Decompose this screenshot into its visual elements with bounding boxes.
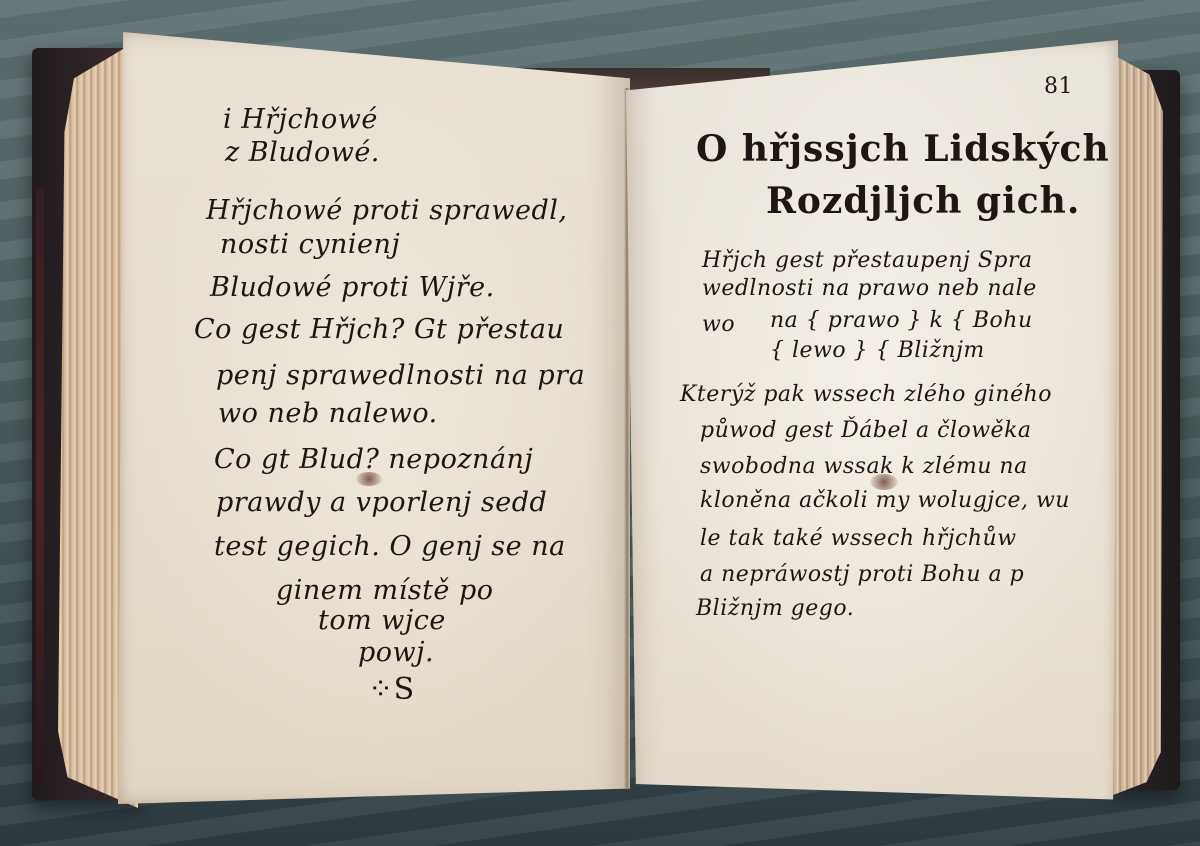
- left-line-7: penj sprawedlnosti na pra: [216, 360, 585, 391]
- right-line-4: na { prawo } k { Bohu: [770, 308, 1033, 333]
- ink-stain: [356, 472, 382, 486]
- right-line-8: swobodna wssak k zlému na: [700, 454, 1028, 479]
- right-line-7: půwod gest Ďábel a člowěka: [700, 418, 1032, 443]
- right-line-5: { lewo } { Bližnjm: [770, 338, 985, 363]
- right-line-9: kloněna ačkoli my wolugjce, wu: [700, 488, 1070, 513]
- right-line-2: wedlnosti na prawo neb nale: [702, 276, 1037, 301]
- right-line-6: Kterýž pak wssech zlého giného: [680, 382, 1052, 407]
- right-line-1: Hřjch gest přestaupenj Spra: [702, 248, 1033, 273]
- right-line-3: wo: [702, 312, 735, 337]
- left-line-10: prawdy a vporlenj sedd: [216, 487, 547, 518]
- left-line-9: Co gt Blud? nepoznánj: [214, 444, 533, 475]
- right-line-12: Bližnjm gego.: [696, 596, 854, 621]
- left-line-5: Bludowé proti Wjře.: [210, 272, 495, 303]
- left-line-3: Hřjchowé proti sprawedl,: [206, 195, 568, 226]
- left-line-4: nosti cynienj: [220, 229, 400, 260]
- ink-stain: [870, 474, 898, 490]
- left-line-11: test gegich. O genj se na: [214, 531, 566, 562]
- left-line-12: ginem místě po: [276, 575, 494, 606]
- chapter-title-line-1: O hřjssjch Lidských a: [696, 128, 1148, 170]
- chapter-title-line-2: Rozdjljch gich.: [766, 180, 1080, 222]
- left-line-6: Co gest Hřjch? Gt přestau: [194, 314, 564, 345]
- left-line-13: tom wjce: [318, 605, 446, 636]
- page-number: 81: [1044, 74, 1073, 99]
- left-line-8: wo neb nalewo.: [218, 398, 438, 429]
- right-page: 81 O hřjssjch Lidských a Rozdjljch gich.…: [626, 40, 1118, 815]
- manuscript-scene: i Hřjchowé z Bludowé. Hřjchowé proti spr…: [0, 0, 1200, 846]
- left-line-2: z Bludowé.: [225, 137, 380, 168]
- right-line-11: a nepráwostj proti Bohu a p: [700, 562, 1024, 587]
- left-line-1: i Hřjchowé: [223, 104, 378, 135]
- end-ornament: ⁘S: [368, 672, 415, 707]
- left-line-14: powj.: [358, 637, 434, 668]
- left-page: i Hřjchowé z Bludowé. Hřjchowé proti spr…: [118, 32, 630, 804]
- right-line-10: le tak také wssech hřjchůw: [700, 526, 1017, 551]
